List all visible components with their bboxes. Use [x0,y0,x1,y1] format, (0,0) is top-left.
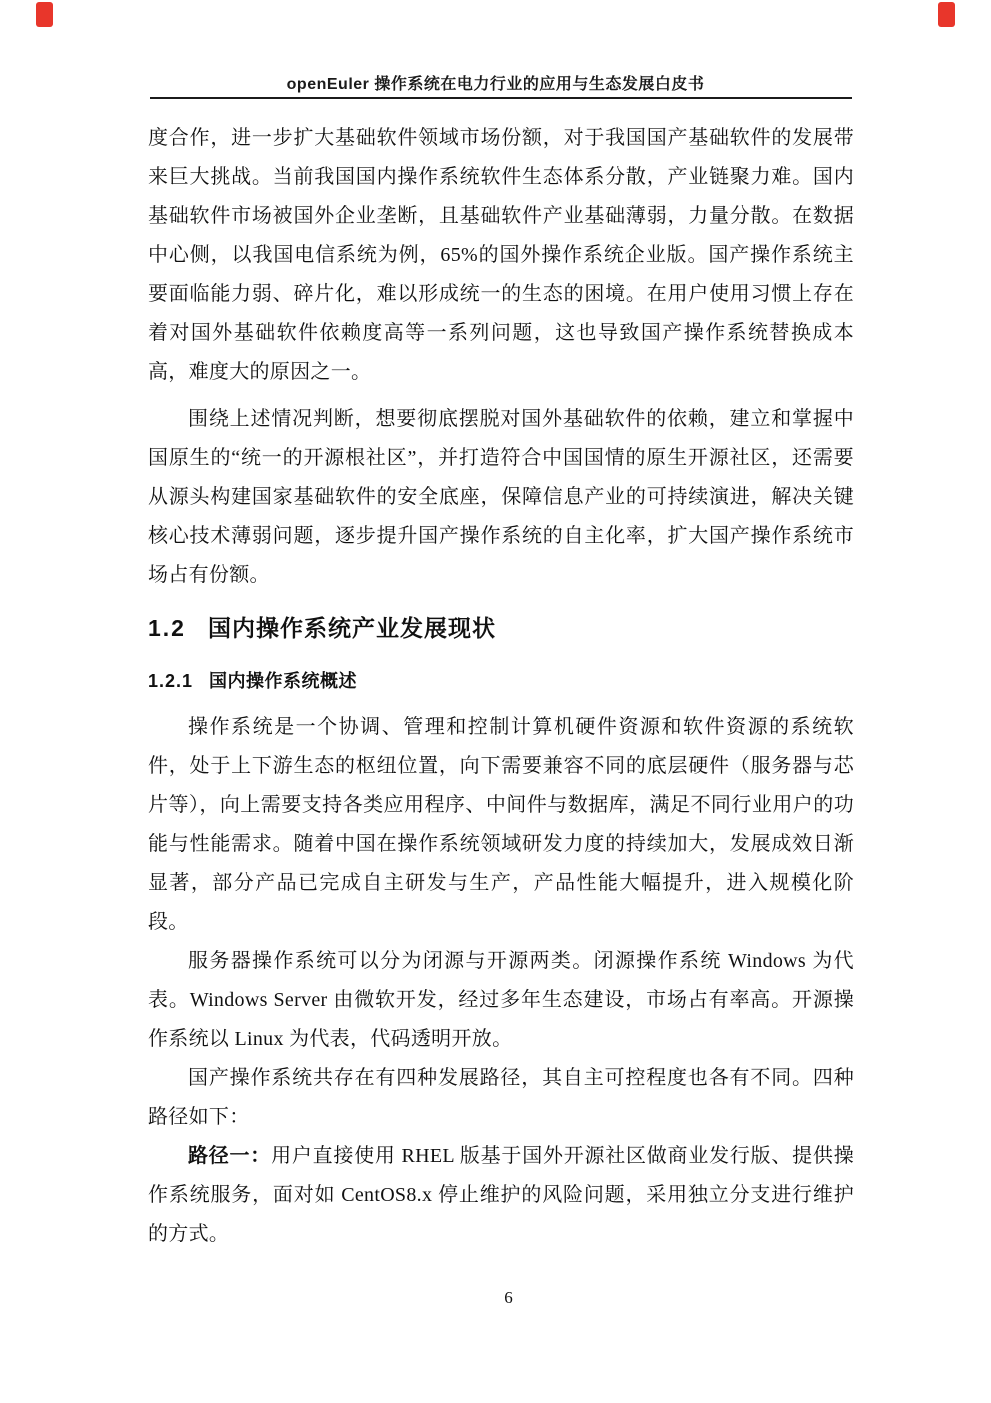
document-body: 度合作，进一步扩大基础软件领域市场份额，对于我国国产基础软件的发展带来巨大挑战。… [148,119,854,1254]
header-rule [150,97,852,99]
paragraph: 度合作，进一步扩大基础软件领域市场份额，对于我国国产基础软件的发展带来巨大挑战。… [148,119,854,392]
subsection-heading: 1.2.1国内操作系统概述 [148,669,854,693]
paragraph: 路径一：用户直接使用 RHEL 版基于国外开源社区做商业发行版、提供操作系统服务… [148,1137,854,1254]
subsection-title: 国内操作系统概述 [209,671,357,691]
corner-mark-left-icon [36,2,53,27]
paragraph-lead: 路径一： [188,1145,271,1167]
page-number: 6 [0,1288,991,1308]
section-title: 国内操作系统产业发展现状 [208,615,496,641]
paragraph: 围绕上述情况判断，想要彻底摆脱对国外基础软件的依赖，建立和掌握中国原生的“统一的… [148,400,854,595]
paragraph: 国产操作系统共存在有四种发展路径，其自主可控程度也各有不同。四种路径如下： [148,1059,854,1137]
header-title: openEuler 操作系统在电力行业的应用与生态发展白皮书 [0,71,991,94]
paragraph: 操作系统是一个协调、管理和控制计算机硬件资源和软件资源的系统软件，处于上下游生态… [148,708,854,942]
section-number: 1.2 [148,615,186,641]
paragraph: 服务器操作系统可以分为闭源与开源两类。闭源操作系统 Windows 为代表。Wi… [148,942,854,1059]
corner-mark-right-icon [938,2,955,27]
subsection-number: 1.2.1 [148,671,193,691]
section-heading: 1.2国内操作系统产业发展现状 [148,613,854,643]
